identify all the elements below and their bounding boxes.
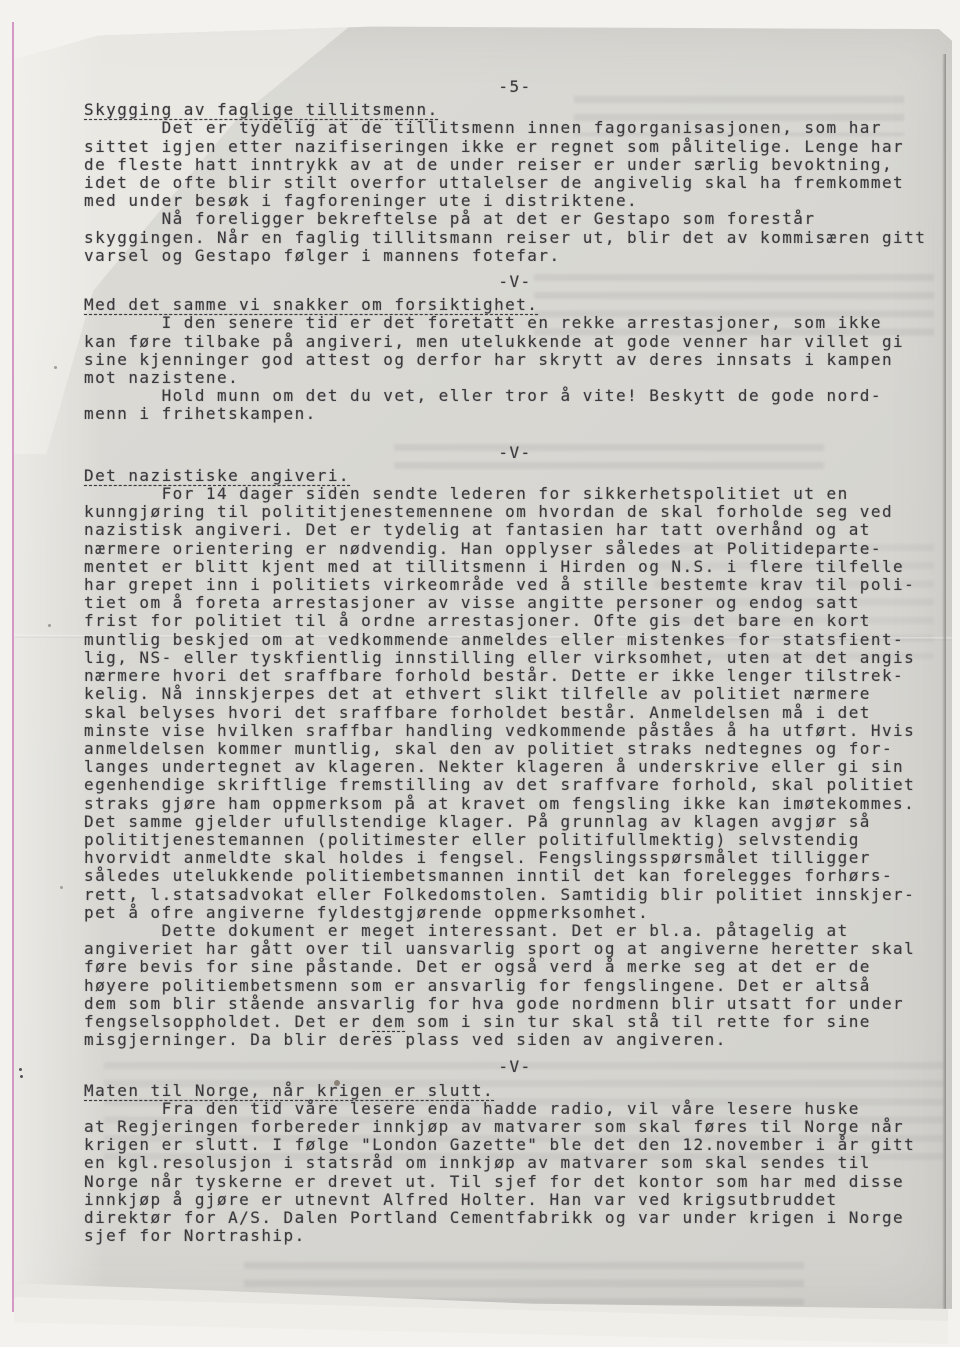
document-body: -5- Skygging av faglige tillitsmenn. Det… (84, 78, 946, 1245)
text-line: mentet er blitt kjent med at tillitsmenn… (84, 558, 946, 576)
text-line: nærmere hvori det sraffbare forhold best… (84, 667, 946, 685)
section-heading: Skygging av faglige tillitsmenn. (84, 101, 946, 119)
text-line: således utelukkende politiembetsmannen i… (84, 867, 946, 885)
text-line: pet å ofre angiverne fyldestgjørende opp… (84, 904, 946, 922)
text-line: I den senere tid er det foretatt en rekk… (84, 314, 946, 332)
text-line: krigen er slutt. I følge "London Gazette… (84, 1136, 946, 1154)
text-line: egenhendige skriftlige fremstilling av d… (84, 776, 946, 794)
text-line: lig, NS- eller tyskfientlig innstilling … (84, 649, 946, 667)
text-line: direktør for A/S. Dalen Portland Cementf… (84, 1209, 946, 1227)
ink-speck (20, 1075, 23, 1078)
text-line: skal belyses hvori det sraffbare forhold… (84, 704, 946, 722)
text-line: polititjenestemannen (politimester eller… (84, 831, 946, 849)
section-heading-text: Med det samme vi snakker om forsiktighet… (84, 295, 538, 314)
scan-background: { "page": { "number_label": "-5-", "sepa… (0, 0, 960, 1347)
text-line: nærmere orientering er nødvendig. Han op… (84, 540, 946, 558)
scan-edge-line (12, 22, 14, 1312)
text-line: Det samme gjelder ufullstendige klager. … (84, 813, 946, 831)
text-line: sjef for Nortraship. (84, 1227, 946, 1245)
section-heading-text: Skygging av faglige tillitsmenn. (84, 100, 439, 119)
text-line: angiveriet har gått over til uansvarlig … (84, 940, 946, 958)
text-line: misgjerninger. Da blir deres plass ved s… (84, 1031, 946, 1049)
paper-sheet: -5- Skygging av faglige tillitsmenn. Det… (14, 24, 952, 1314)
page-number: -5- (84, 78, 946, 96)
text-line: føre bevis for sine påstande. Det er ogs… (84, 958, 946, 976)
text-line: minste vise hvilken sraffbar handling ve… (84, 722, 946, 740)
text-line: kan føre tilbake på angiveri, men uteluk… (84, 333, 946, 351)
text-line: Fra den tid våre lesere enda hadde radio… (84, 1100, 946, 1118)
text-line: de fleste hatt inntrykk av at de under r… (84, 156, 946, 174)
text-line: skyggingen. Når en faglig tillitsmann re… (84, 229, 946, 247)
text-line: idet de ofte blir stilt overfor uttalels… (84, 174, 946, 192)
text-line: har grepet inn i politiets virkeområde v… (84, 576, 946, 594)
text-line: kunngjøring til polititjenestemennene om… (84, 503, 946, 521)
text-line: kelig. Nå innskjerpes det at ethvert sli… (84, 685, 946, 703)
ink-speck (60, 886, 63, 889)
section-heading: Maten til Norge, når krigen er slutt. (84, 1082, 946, 1100)
text-line: straks gjøre ham oppmerksom på at kravet… (84, 795, 946, 813)
section-heading-text: Maten til Norge, når krigen er slutt. (84, 1081, 494, 1100)
section-separator: -V- (84, 273, 946, 291)
text-line: sittet igjen etter nazifiseringen ikke e… (84, 138, 946, 156)
text-line: Nå foreligger bekreftelse på at det er G… (84, 210, 946, 228)
ink-speck (48, 624, 51, 627)
text-line: sine kjenninger god attest og derfor har… (84, 351, 946, 369)
section-heading-text: Det nazistiske angiveri. (84, 466, 350, 485)
text-line: mot nazistene. (84, 369, 946, 387)
ink-speck (19, 1068, 22, 1071)
text-line: anmeldelsen kommer muntlig, skal den av … (84, 740, 946, 758)
underlined-word: dem (372, 1012, 405, 1031)
text-line: hvorvidt anmeldte skal holdes i fengsel.… (84, 849, 946, 867)
section-heading: Det nazistiske angiveri. (84, 467, 946, 485)
text-line: muntlig beskjed om at vedkommende anmeld… (84, 631, 946, 649)
section-heading: Med det samme vi snakker om forsiktighet… (84, 296, 946, 314)
ink-speck (54, 366, 57, 369)
text-line: Dette dokument er meget interessant. Det… (84, 922, 946, 940)
section-separator: -V- (84, 444, 946, 462)
text-line: varsel og Gestapo følger i mannens fotef… (84, 247, 946, 265)
text-line: fengselsoppholdet. Det er dem som i sin … (84, 1013, 946, 1031)
text-line: at Regjeringen forbereder innkjøp av mat… (84, 1118, 946, 1136)
text-line: høyere politiembetsmenn som er ansvarlig… (84, 977, 946, 995)
text-line: For 14 dager siden sendte lederen for si… (84, 485, 946, 503)
text-line: Norge når tyskerne er drevet ut. Til sje… (84, 1173, 946, 1191)
text-line: rett, l.statsadvokat eller Folkedomstole… (84, 886, 946, 904)
text-line: innkjøp å gjøre er utnevnt Alfred Holter… (84, 1191, 946, 1209)
text-line: menn i frihetskampen. (84, 405, 946, 423)
section-separator: -V- (84, 1058, 946, 1076)
text-line: en kgl.resolusjon i statsråd om innkjøp … (84, 1154, 946, 1172)
text-line: dem som blir stående ansvarlig for hva g… (84, 995, 946, 1013)
text-line: Det er tydelig at de tillitsmenn innen f… (84, 119, 946, 137)
text-line: Hold munn om det du vet, eller tror å vi… (84, 387, 946, 405)
text-line: nazistisk angiveri. Det er tydelig at fa… (84, 521, 946, 539)
text-line: tiet om å foreta arrestasjoner av visse … (84, 594, 946, 612)
text-line: med under besøk i fagforeninger ute i di… (84, 192, 946, 210)
text-line: frist for politiet til å ordne arrestasj… (84, 612, 946, 630)
text-line: langes undertegnet av klageren. Nekter k… (84, 758, 946, 776)
